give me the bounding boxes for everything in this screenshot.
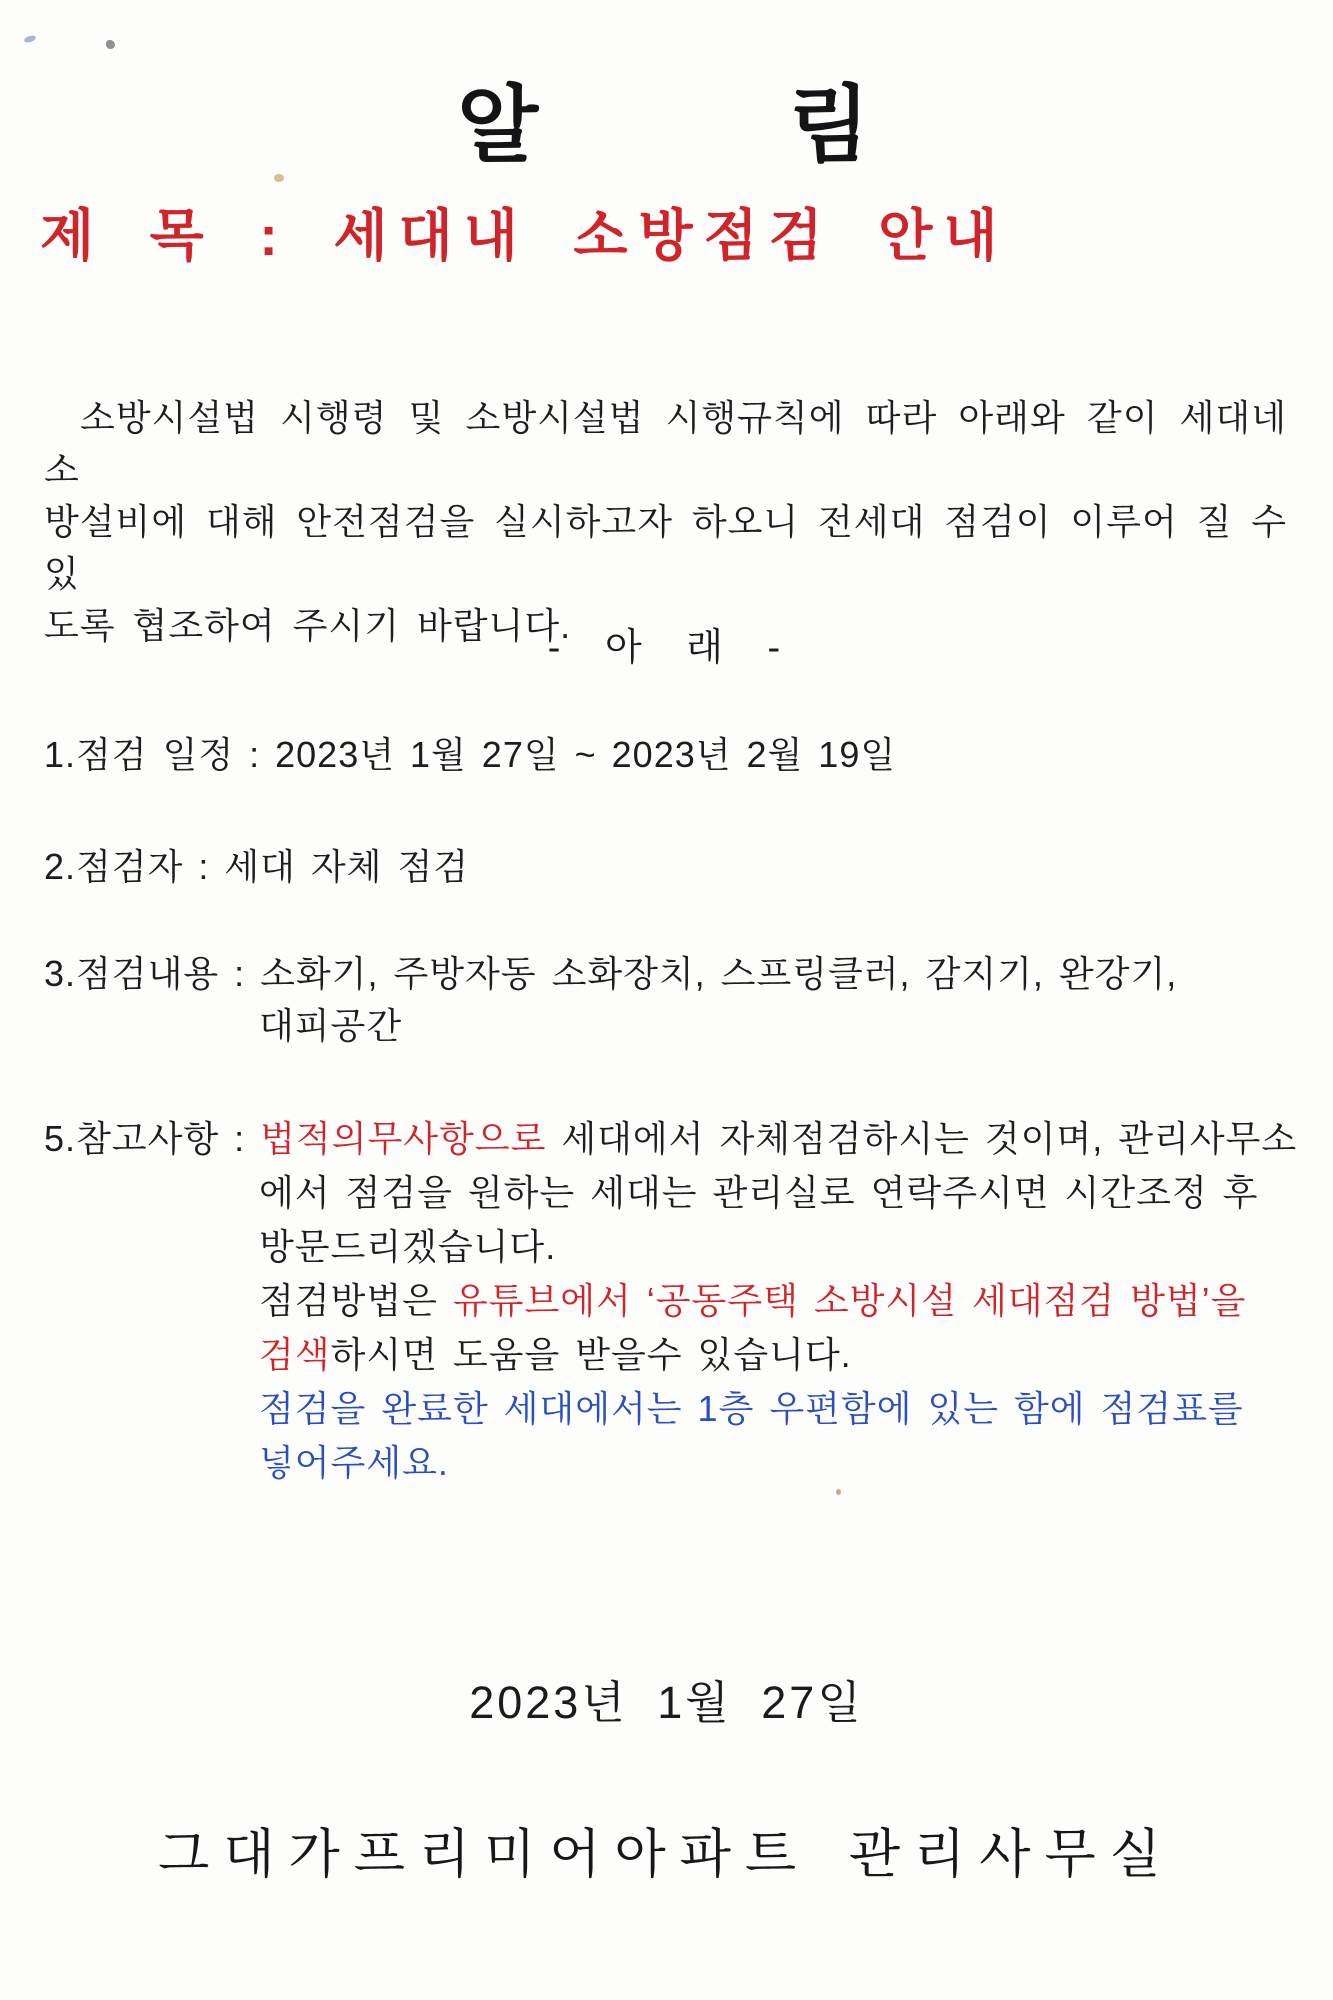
- item-remarks-line-1-rest: 세대에서 자체점검하시는 것이며, 관리사무소: [561, 1118, 1297, 1159]
- item-remarks-label: 5.참고사항 :: [44, 1118, 260, 1159]
- legal-obligation-text: 법적의무사항으로: [260, 1118, 561, 1159]
- item-contents-line-1: 3.점검내용 : 소화기, 주방자동 소화장치, 스프링클러, 감지기, 완강기…: [44, 948, 1313, 1000]
- scan-speck: [23, 34, 36, 43]
- method-prefix: 점검방법은: [259, 1280, 453, 1321]
- notice-title: 알 림: [0, 58, 1333, 179]
- intro-line-1: 소방시설법 시행령 및 소방시설법 시행규칙에 따라 아래와 같이 세대네 소: [44, 392, 1287, 496]
- item-contents-line-2: 대피공간: [259, 1000, 1313, 1052]
- item-remarks-line-5: 검색하시면 도움을 받을수 있습니다.: [259, 1328, 1313, 1382]
- notice-document: 알 림 제 목 : 세대내 소방점검 안내 소방시설법 시행령 및 소방시설법 …: [0, 0, 1333, 2000]
- issuer-name: 그대가프리미어아파트 관리사무실: [0, 1812, 1333, 1888]
- search-word: 검색: [259, 1334, 331, 1375]
- mailbox-instruction-line-1: 점검을 완료한 세대에서는 1층 우편함에 있는 함에 점검표를: [259, 1382, 1313, 1436]
- intro-line-2: 방설비에 대해 안전점검을 실시하고자 하오니 전세대 점검이 이루어 질 수 …: [44, 496, 1287, 600]
- item-remarks-line-4: 점검방법은 유튜브에서 ‘공동주택 소방시설 세대점검 방법’을: [259, 1274, 1313, 1328]
- item-remarks-line-1: 5.참고사항 : 법적의무사항으로 세대에서 자체점검하시는 것이며, 관리사무…: [44, 1112, 1313, 1166]
- scan-speck: [106, 40, 115, 49]
- item-schedule: 1.점검 일정 : 2023년 1월 27일 ~ 2023년 2월 19일: [44, 729, 1313, 781]
- search-rest: 하시면 도움을 받을수 있습니다.: [331, 1334, 852, 1375]
- item-remarks-line-3: 방문드리겠습니다.: [259, 1220, 1313, 1274]
- issue-date: 2023년 1월 27일: [0, 1666, 1333, 1731]
- notice-subject: 제 목 : 세대내 소방점검 안내: [40, 192, 1009, 272]
- item-contents: 3.점검내용 : 소화기, 주방자동 소화장치, 스프링클러, 감지기, 완강기…: [44, 948, 1313, 1052]
- item-remarks: 5.참고사항 : 법적의무사항으로 세대에서 자체점검하시는 것이며, 관리사무…: [44, 1112, 1313, 1490]
- mailbox-instruction-line-2: 넣어주세요.: [259, 1436, 1313, 1490]
- section-divider: - 아 래 -: [0, 616, 1333, 671]
- intro-paragraph: 소방시설법 시행령 및 소방시설법 시행규칙에 따라 아래와 같이 세대네 소 …: [44, 392, 1287, 652]
- youtube-search-phrase: 유튜브에서 ‘공동주택 소방시설 세대점검 방법’을: [453, 1280, 1247, 1321]
- item-inspector: 2.점검자 : 세대 자체 점검: [44, 841, 1313, 893]
- item-remarks-line-2: 에서 점검을 원하는 세대는 관리실로 연락주시면 시간조정 후: [259, 1166, 1313, 1220]
